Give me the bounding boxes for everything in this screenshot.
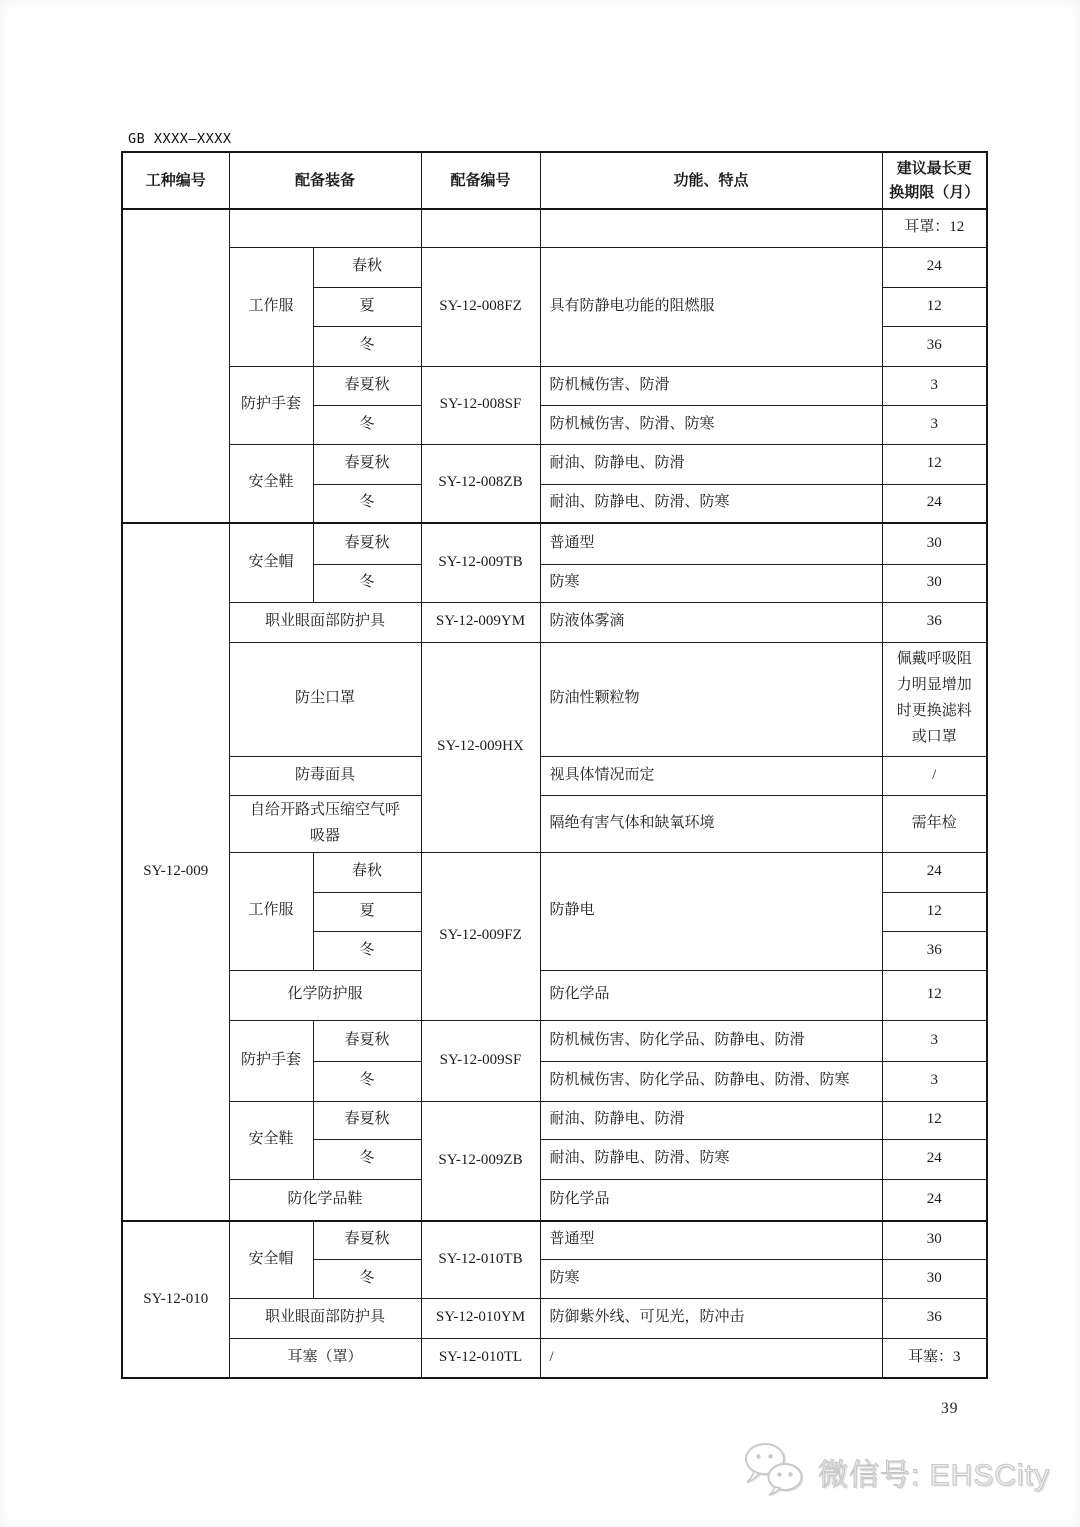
table-row: 职业眼面部防护具SY-12-009YM防液体雾滴36 bbox=[122, 602, 987, 642]
table-cell: 春夏秋 bbox=[313, 523, 421, 564]
table-row: 安全鞋春夏秋SY-12-009ZB耐油、防静电、防滑12 bbox=[122, 1101, 987, 1139]
table-cell: 耐油、防静电、防滑 bbox=[540, 1101, 882, 1139]
table-cell: 3 bbox=[882, 1020, 987, 1061]
table-cell: 耳塞：3 bbox=[882, 1338, 987, 1378]
table-cell: 普通型 bbox=[540, 523, 882, 564]
table-cell: 24 bbox=[882, 852, 987, 892]
page: GB XXXX—XXXX 工种编号配备装备配备编号功能、特点建议最长更 换期限（… bbox=[0, 0, 1080, 1527]
table-cell: 安全帽 bbox=[229, 1221, 313, 1298]
table-cell: 防液体雾滴 bbox=[540, 602, 882, 642]
table-cell: 耐油、防静电、防滑、防寒 bbox=[540, 1139, 882, 1179]
header-cell: 功能、特点 bbox=[540, 152, 882, 209]
table-cell: 冬 bbox=[313, 1061, 421, 1101]
table-cell: 夏 bbox=[313, 287, 421, 326]
table-cell: SY-12-010TL bbox=[421, 1338, 540, 1378]
table-cell: 防化学品鞋 bbox=[229, 1179, 421, 1221]
table-cell: 具有防静电功能的阻燃服 bbox=[540, 247, 882, 366]
table-cell: 耳塞（罩） bbox=[229, 1338, 421, 1378]
watermark-text: 微信号: EHSCity bbox=[818, 1450, 1050, 1494]
standard-doc-code: GB XXXX—XXXX bbox=[128, 131, 232, 147]
table-cell: 防化学品 bbox=[540, 970, 882, 1020]
table-cell: 防油性颗粒物 bbox=[540, 642, 882, 756]
table-cell: 耳罩：12 bbox=[882, 209, 987, 247]
table-row: 防化学品鞋防化学品24 bbox=[122, 1179, 987, 1221]
table-cell: 30 bbox=[882, 1259, 987, 1298]
table-cell: / bbox=[540, 1338, 882, 1378]
table-cell: SY-12-009SF bbox=[421, 1020, 540, 1101]
table-cell: 防护手套 bbox=[229, 366, 313, 444]
table-cell: 36 bbox=[882, 326, 987, 366]
page-number: 39 bbox=[941, 1400, 959, 1418]
table-cell: 安全帽 bbox=[229, 523, 313, 602]
table-cell: 冬 bbox=[313, 405, 421, 444]
document-page-root: { "page": { "doc_code": "GB XXXX—XXXX", … bbox=[0, 0, 1080, 1527]
table-cell: 防寒 bbox=[540, 564, 882, 602]
table-cell: SY-12-009ZB bbox=[421, 1101, 540, 1221]
table-cell: 30 bbox=[882, 564, 987, 602]
table-cell: SY-12-009HX bbox=[421, 642, 540, 852]
header-cell: 建议最长更 换期限（月） bbox=[882, 152, 987, 209]
job-id-cell: SY-12-010 bbox=[122, 1221, 229, 1378]
table-cell: 夏 bbox=[313, 892, 421, 931]
table-cell: SY-12-009YM bbox=[421, 602, 540, 642]
table-cell: 隔绝有害气体和缺氧环境 bbox=[540, 795, 882, 852]
table-row: 自给开路式压缩空气呼 吸器隔绝有害气体和缺氧环境需年检 bbox=[122, 795, 987, 852]
table-cell: 职业眼面部防护具 bbox=[229, 602, 421, 642]
table-row: 工作服春秋SY-12-009FZ防静电24 bbox=[122, 852, 987, 892]
table-cell: 24 bbox=[882, 1179, 987, 1221]
table-cell: 12 bbox=[882, 1101, 987, 1139]
table-row: 防护手套春夏秋SY-12-009SF防机械伤害、防化学品、防静电、防滑3 bbox=[122, 1020, 987, 1061]
table-cell: 36 bbox=[882, 602, 987, 642]
table-cell: 化学防护服 bbox=[229, 970, 421, 1020]
table-cell: 24 bbox=[882, 247, 987, 287]
table-cell: 30 bbox=[882, 523, 987, 564]
table-cell: SY-12-010YM bbox=[421, 1298, 540, 1338]
table-cell: 12 bbox=[882, 287, 987, 326]
job-id-cell bbox=[122, 209, 229, 523]
table-cell: 防机械伤害、防滑 bbox=[540, 366, 882, 405]
table-cell: 3 bbox=[882, 1061, 987, 1101]
table-cell: 3 bbox=[882, 366, 987, 405]
table-cell: 防御紫外线、可见光，防冲击 bbox=[540, 1298, 882, 1338]
table-cell: 防尘口罩 bbox=[229, 642, 421, 756]
table-cell: 自给开路式压缩空气呼 吸器 bbox=[229, 795, 421, 852]
table-cell: 12 bbox=[882, 444, 987, 484]
table-cell: 职业眼面部防护具 bbox=[229, 1298, 421, 1338]
table-cell: 冬 bbox=[313, 931, 421, 970]
table-header-row: 工种编号配备装备配备编号功能、特点建议最长更 换期限（月） bbox=[122, 152, 987, 209]
table-cell: 工作服 bbox=[229, 852, 313, 970]
table-cell: 佩戴呼吸阻 力明显增加 时更换滤料 或口罩 bbox=[882, 642, 987, 756]
table-cell: 12 bbox=[882, 970, 987, 1020]
table-cell: 春夏秋 bbox=[313, 444, 421, 484]
table-cell: 冬 bbox=[313, 1139, 421, 1179]
table-cell: 安全鞋 bbox=[229, 444, 313, 523]
table-row: SY-12-010安全帽春夏秋SY-12-010TB普通型30 bbox=[122, 1221, 987, 1259]
table-cell: 春夏秋 bbox=[313, 1101, 421, 1139]
ppe-table: 工种编号配备装备配备编号功能、特点建议最长更 换期限（月）耳罩：12工作服春秋S… bbox=[121, 151, 988, 1379]
table-cell: 春夏秋 bbox=[313, 1020, 421, 1061]
table-cell: 工作服 bbox=[229, 247, 313, 366]
table-cell: 防寒 bbox=[540, 1259, 882, 1298]
table-row: 工作服春秋SY-12-008FZ具有防静电功能的阻燃服24 bbox=[122, 247, 987, 287]
job-id-cell: SY-12-009 bbox=[122, 523, 229, 1221]
table-cell: 12 bbox=[882, 892, 987, 931]
table-cell: 冬 bbox=[313, 326, 421, 366]
table-cell: 春夏秋 bbox=[313, 1221, 421, 1259]
table-cell bbox=[421, 209, 540, 247]
table-cell: / bbox=[882, 756, 987, 795]
table-cell: 30 bbox=[882, 1221, 987, 1259]
table-cell: 视具体情况而定 bbox=[540, 756, 882, 795]
table-cell: SY-12-008ZB bbox=[421, 444, 540, 523]
table-cell: 3 bbox=[882, 405, 987, 444]
table-cell: 防机械伤害、防滑、防寒 bbox=[540, 405, 882, 444]
table-cell bbox=[540, 209, 882, 247]
table-cell: 安全鞋 bbox=[229, 1101, 313, 1179]
table-cell: 防护手套 bbox=[229, 1020, 313, 1101]
table-cell: 24 bbox=[882, 484, 987, 523]
table-cell: 春秋 bbox=[313, 852, 421, 892]
table-cell: 防静电 bbox=[540, 852, 882, 970]
table-cell: SY-12-008SF bbox=[421, 366, 540, 444]
wechat-icon bbox=[742, 1440, 806, 1503]
table-cell: 24 bbox=[882, 1139, 987, 1179]
table-cell: SY-12-010TB bbox=[421, 1221, 540, 1298]
table-cell: 普通型 bbox=[540, 1221, 882, 1259]
table-cell: 防机械伤害、防化学品、防静电、防滑 bbox=[540, 1020, 882, 1061]
table-cell: 冬 bbox=[313, 1259, 421, 1298]
table-cell: 耐油、防静电、防滑、防寒 bbox=[540, 484, 882, 523]
table-cell bbox=[229, 209, 421, 247]
table-cell: SY-12-009TB bbox=[421, 523, 540, 602]
table-cell: SY-12-008FZ bbox=[421, 247, 540, 366]
table-row: 耳塞（罩）SY-12-010TL/耳塞：3 bbox=[122, 1338, 987, 1378]
table-row: 防护手套春夏秋SY-12-008SF防机械伤害、防滑3 bbox=[122, 366, 987, 405]
table-row: 职业眼面部防护具SY-12-010YM防御紫外线、可见光，防冲击36 bbox=[122, 1298, 987, 1338]
table-cell: 需年检 bbox=[882, 795, 987, 852]
table-row: 防尘口罩SY-12-009HX防油性颗粒物佩戴呼吸阻 力明显增加 时更换滤料 或… bbox=[122, 642, 987, 756]
table-cell: 36 bbox=[882, 1298, 987, 1338]
table-cell: 防毒面具 bbox=[229, 756, 421, 795]
table-row: 防毒面具视具体情况而定/ bbox=[122, 756, 987, 795]
table-cell: 36 bbox=[882, 931, 987, 970]
table-cell: 防化学品 bbox=[540, 1179, 882, 1221]
table-cell: SY-12-009FZ bbox=[421, 852, 540, 1020]
table-cell: 耐油、防静电、防滑 bbox=[540, 444, 882, 484]
table-cell: 冬 bbox=[313, 564, 421, 602]
watermark: 微信号: EHSCity bbox=[742, 1440, 1050, 1503]
table-row: 化学防护服防化学品12 bbox=[122, 970, 987, 1020]
header-cell: 配备装备 bbox=[229, 152, 421, 209]
table-cell: 春夏秋 bbox=[313, 366, 421, 405]
table-cell: 防机械伤害、防化学品、防静电、防滑、防寒 bbox=[540, 1061, 882, 1101]
table-cell: 春秋 bbox=[313, 247, 421, 287]
table-cell: 冬 bbox=[313, 484, 421, 523]
header-cell: 工种编号 bbox=[122, 152, 229, 209]
header-cell: 配备编号 bbox=[421, 152, 540, 209]
table-row: 耳罩：12 bbox=[122, 209, 987, 247]
table-row: 安全鞋春夏秋SY-12-008ZB耐油、防静电、防滑12 bbox=[122, 444, 987, 484]
table-row: SY-12-009安全帽春夏秋SY-12-009TB普通型30 bbox=[122, 523, 987, 564]
